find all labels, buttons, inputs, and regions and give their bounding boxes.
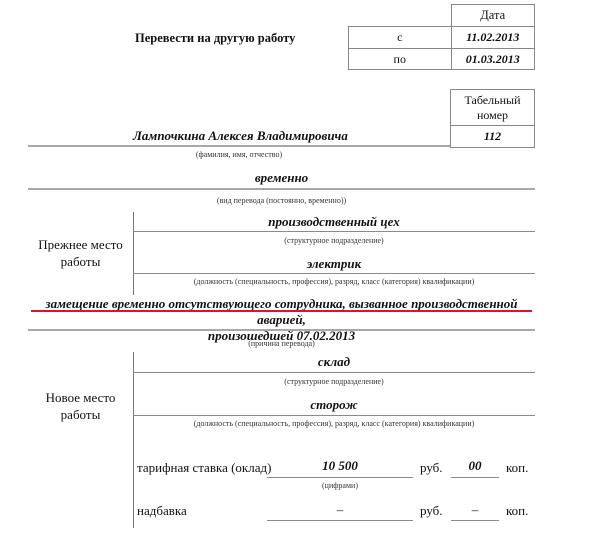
tariff-caption: (цифрами) [267, 481, 413, 490]
form-title: Перевести на другую работу [135, 31, 295, 46]
employee-name[interactable]: Лампочкина Алексея Владимировича [133, 128, 348, 144]
previous-position-caption: (должность (специальность, профессия), р… [133, 277, 535, 286]
new-department[interactable]: склад [133, 354, 535, 370]
previous-place-label: Прежнее место работы [28, 236, 133, 270]
tariff-rub-value[interactable]: 10 500 [267, 458, 413, 474]
new-place-label: Новое место работы [28, 389, 133, 423]
tariff-rub-unit: руб. [420, 460, 443, 476]
tariff-label: тарифная ставка (оклад) [137, 460, 271, 476]
reason-caption: (причина перевода) [28, 339, 535, 348]
bonus-label: надбавка [137, 503, 187, 519]
reason-highlight-underline [31, 310, 532, 312]
date-from-label: с [349, 27, 452, 49]
new-place-label-line2: работы [61, 407, 101, 422]
transfer-type[interactable]: временно [28, 170, 535, 186]
reason-underline [28, 329, 535, 331]
tariff-kop-value[interactable]: 00 [451, 458, 499, 474]
date-table-corner [349, 5, 452, 27]
bonus-kop-underline [451, 520, 499, 521]
bonus-rub-unit: руб. [420, 503, 443, 519]
transfer-type-caption: (вид перевода (постоянно, временно)) [28, 196, 535, 205]
bonus-kop-unit: коп. [506, 503, 528, 519]
previous-position-underline [133, 273, 535, 274]
name-caption: (фамилия, имя, отчество) [28, 150, 450, 159]
new-position[interactable]: сторож [133, 397, 535, 413]
new-department-underline [133, 372, 535, 373]
bonus-rub-underline [267, 520, 413, 521]
date-to-value[interactable]: 01.03.2013 [451, 49, 535, 70]
tabel-number-header: Табельный номер [451, 90, 535, 126]
tabel-header-line2: номер [477, 108, 508, 122]
tariff-kop-unit: коп. [506, 460, 528, 476]
previous-department-underline [133, 231, 535, 232]
tabel-number-value[interactable]: 112 [451, 126, 535, 148]
tabel-number-table: Табельный номер 112 [450, 89, 535, 148]
tabel-header-line1: Табельный [465, 93, 521, 107]
previous-department-caption: (структурное подразделение) [133, 236, 535, 245]
date-table: Дата с 11.02.2013 по 01.03.2013 [348, 4, 535, 70]
date-to-label: по [349, 49, 452, 70]
bonus-kop-value[interactable]: – [451, 502, 499, 518]
name-underline [28, 145, 450, 147]
bonus-rub-value[interactable]: – [267, 502, 413, 518]
transfer-reason[interactable]: замещение временно отсутствующего сотруд… [28, 296, 535, 344]
date-header: Дата [451, 5, 535, 27]
new-place-label-line1: Новое место [46, 390, 116, 405]
tariff-kop-underline [451, 477, 499, 478]
new-department-caption: (структурное подразделение) [133, 377, 535, 386]
new-position-caption: (должность (специальность, профессия), р… [133, 419, 535, 428]
previous-place-label-line2: работы [61, 254, 101, 269]
transfer-type-underline [28, 188, 535, 190]
date-from-value[interactable]: 11.02.2013 [451, 27, 535, 49]
previous-place-label-line1: Прежнее место [38, 237, 123, 252]
new-position-underline [133, 415, 535, 416]
previous-department[interactable]: производственный цех [133, 214, 535, 230]
previous-position[interactable]: электрик [133, 256, 535, 272]
tariff-rub-underline [267, 477, 413, 478]
